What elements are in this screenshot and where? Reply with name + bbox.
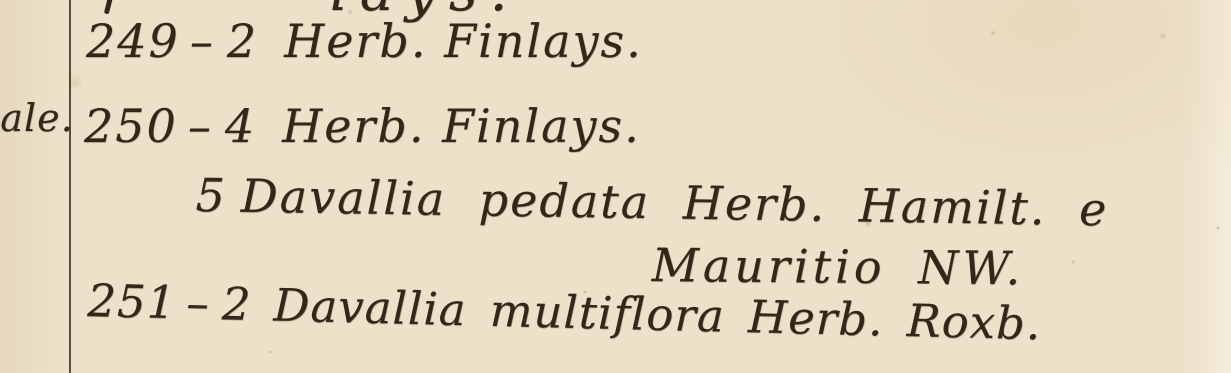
entry-count: 5 [195, 172, 227, 218]
entry-text: Mauritio NW. [652, 242, 1025, 291]
entry-text: Herb. Finlays. [284, 18, 643, 64]
entry-row-250: 250 – 4 Herb. Finlays. [84, 103, 641, 149]
entry-text: Davallia pedata Herb. Hamilt. e [241, 173, 1109, 233]
entry-dash: – [186, 280, 211, 326]
entry-dash: – [190, 18, 215, 64]
entry-number: 249 [86, 18, 180, 64]
entry-row-sub-item-5: 5 Davallia pedata Herb. Hamilt. e [195, 172, 1108, 232]
entry-row-249: 249 – 2 Herb. Finlays. [86, 18, 643, 64]
entry-text: Herb. Finlays. [282, 103, 641, 149]
entry-count: 2 [221, 281, 252, 327]
ink-stroke-fragment [104, 0, 113, 14]
entry-count: 2 [227, 18, 258, 64]
manuscript-page: lays. tale. 249 – 2 Herb. Finlays. 250 –… [0, 0, 1231, 373]
entry-count: 4 [225, 103, 256, 149]
entry-number: 251 [87, 278, 177, 325]
entry-row-continuation: Mauritio NW. [652, 242, 1025, 291]
entry-number: 250 [84, 103, 178, 149]
ruled-margin-line [69, 0, 71, 373]
margin-note: tale. [0, 99, 74, 137]
margin-note-text: tale. [0, 96, 74, 140]
entry-dash: – [188, 103, 213, 149]
